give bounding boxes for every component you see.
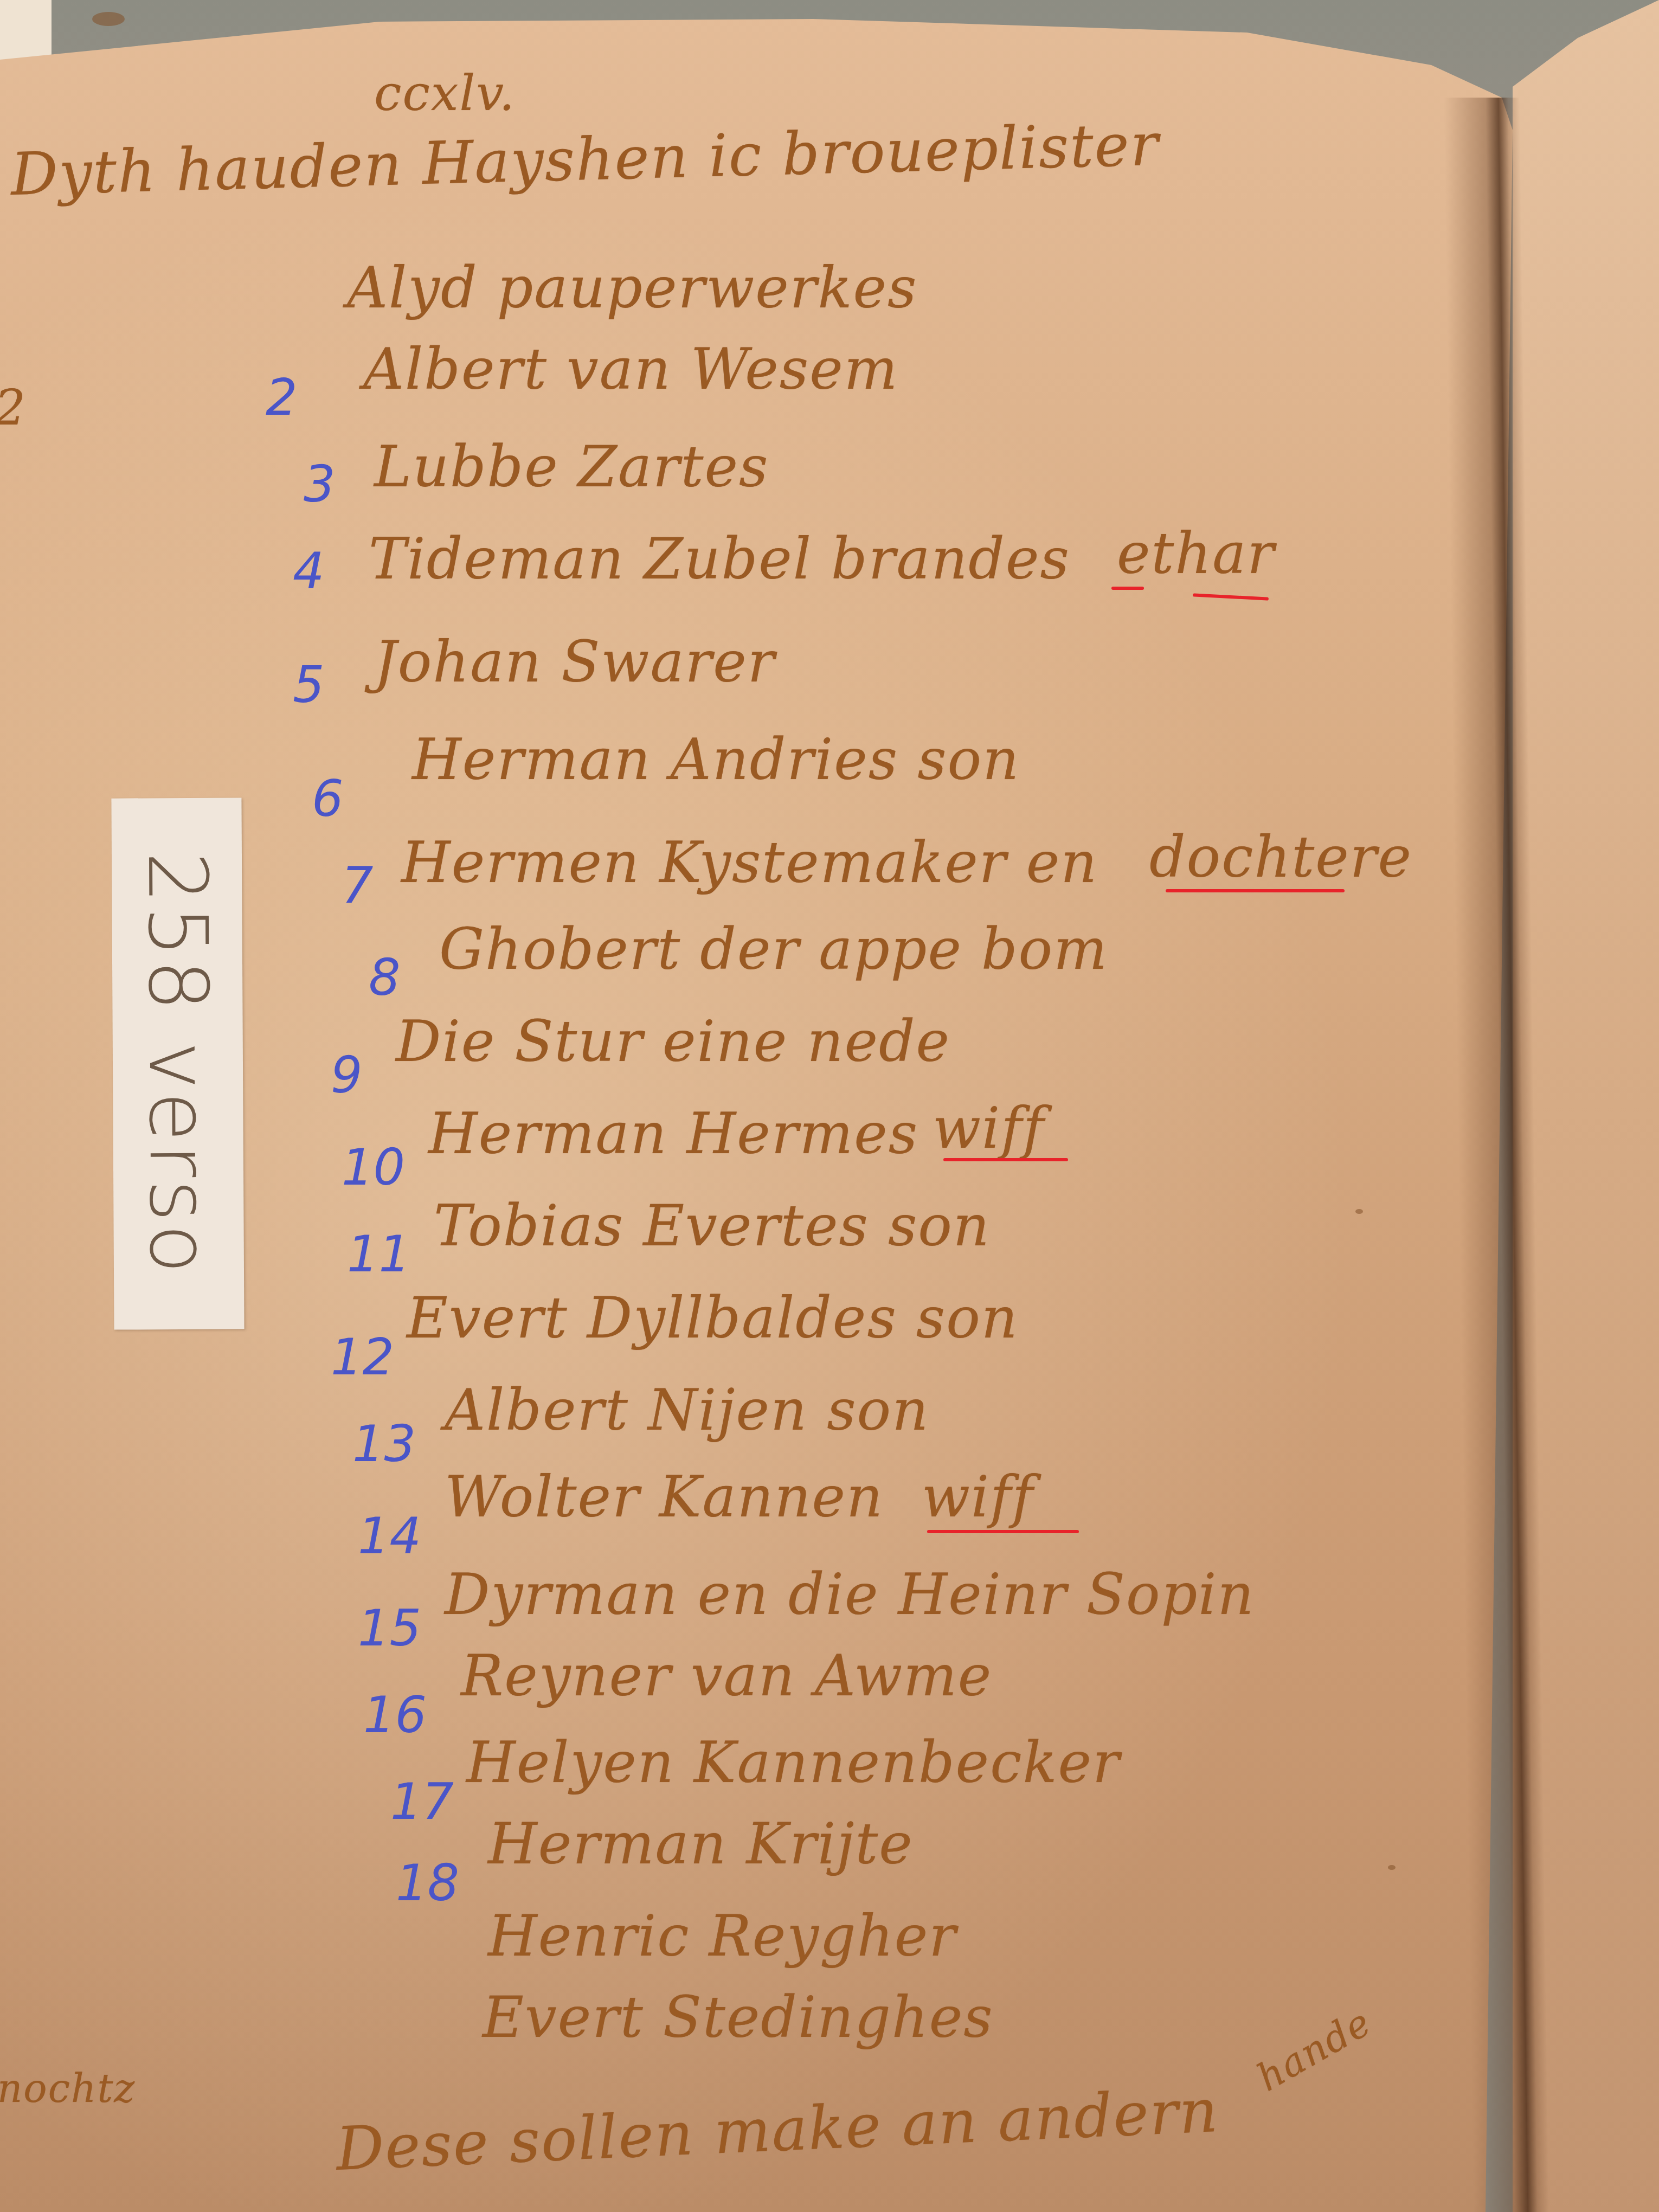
entry-number-7: 7 bbox=[342, 857, 374, 915]
red-underline bbox=[1166, 889, 1345, 892]
stain-mark bbox=[1388, 1865, 1396, 1870]
entry-number-16: 16 bbox=[363, 1686, 427, 1744]
entry-number-5: 5 bbox=[293, 656, 325, 714]
entry-10: Herman Hermes bbox=[428, 1101, 918, 1167]
entry-17: Helyen Kannenbecker bbox=[466, 1729, 1121, 1796]
entry-14-underlined-word: wiff bbox=[922, 1464, 1034, 1530]
entry-8: Ghobert der appe bom bbox=[439, 916, 1108, 982]
entry-number-15: 15 bbox=[358, 1599, 421, 1657]
entry-1: Alyd pauperwerkes bbox=[347, 255, 917, 321]
red-underline bbox=[943, 1158, 1068, 1161]
archive-slip: 258 verso bbox=[111, 798, 244, 1329]
entry-number-2: 2 bbox=[266, 369, 298, 427]
folio-number: ccxlv. bbox=[374, 65, 516, 122]
entry-number-11: 11 bbox=[347, 1225, 410, 1283]
stain-mark bbox=[1355, 1209, 1363, 1214]
entry-16: Reyner van Awme bbox=[461, 1643, 992, 1709]
margin-note-bottom: nochtz bbox=[0, 2066, 136, 2111]
entry-4: Tideman Zubel brandes bbox=[369, 526, 1070, 592]
entry-14: Wolter Kannen bbox=[445, 1464, 884, 1530]
entry-12: Evert Dyllbaldes son bbox=[407, 1285, 1019, 1351]
entry-5: Johan Swarer bbox=[374, 629, 776, 695]
entry-13: Albert Nijen son bbox=[445, 1377, 929, 1443]
entry-10-underlined-word: wiff bbox=[933, 1095, 1045, 1161]
entry-7: Hermen Kystemaker en bbox=[401, 829, 1098, 896]
entry-number-17: 17 bbox=[390, 1773, 454, 1831]
red-underline bbox=[1111, 587, 1144, 590]
entry-number-10: 10 bbox=[342, 1139, 405, 1197]
entry-2: Albert van Wesem bbox=[363, 336, 898, 402]
entry-19: Henric Reygher bbox=[488, 1903, 957, 1969]
entry-11: Tobias Evertes son bbox=[434, 1193, 991, 1259]
manuscript-photo: ccxlv. Dyth hauden Hayshen ic broueplist… bbox=[0, 0, 1659, 2212]
red-underline bbox=[927, 1530, 1079, 1533]
entry-number-8: 8 bbox=[369, 949, 401, 1007]
entry-number-6: 6 bbox=[312, 770, 344, 828]
entry-number-18: 18 bbox=[396, 1854, 459, 1912]
entry-number-14: 14 bbox=[358, 1507, 421, 1565]
entry-number-3: 3 bbox=[304, 455, 336, 513]
entry-18: Herman Krijte bbox=[488, 1811, 914, 1877]
margin-note-top: 2 bbox=[0, 380, 27, 436]
entry-7-underlined-word: dochtere bbox=[1149, 824, 1412, 890]
entry-9: Die Stur eine nede bbox=[396, 1008, 950, 1075]
entry-6: Herman Andries son bbox=[412, 726, 1020, 793]
entry-15: Dyrman en die Heinr Sopin bbox=[445, 1561, 1255, 1628]
entry-number-4: 4 bbox=[293, 542, 325, 600]
entry-number-9: 9 bbox=[331, 1046, 363, 1104]
slip-label: 258 verso bbox=[130, 851, 226, 1276]
entry-number-13: 13 bbox=[352, 1415, 416, 1473]
entry-20: Evert Stedinghes bbox=[483, 1984, 994, 2050]
entry-number-12: 12 bbox=[331, 1328, 394, 1386]
entry-3: Lubbe Zartes bbox=[374, 434, 769, 500]
stain-mark bbox=[92, 12, 125, 26]
entry-4-underlined-word: ethar bbox=[1117, 520, 1275, 587]
